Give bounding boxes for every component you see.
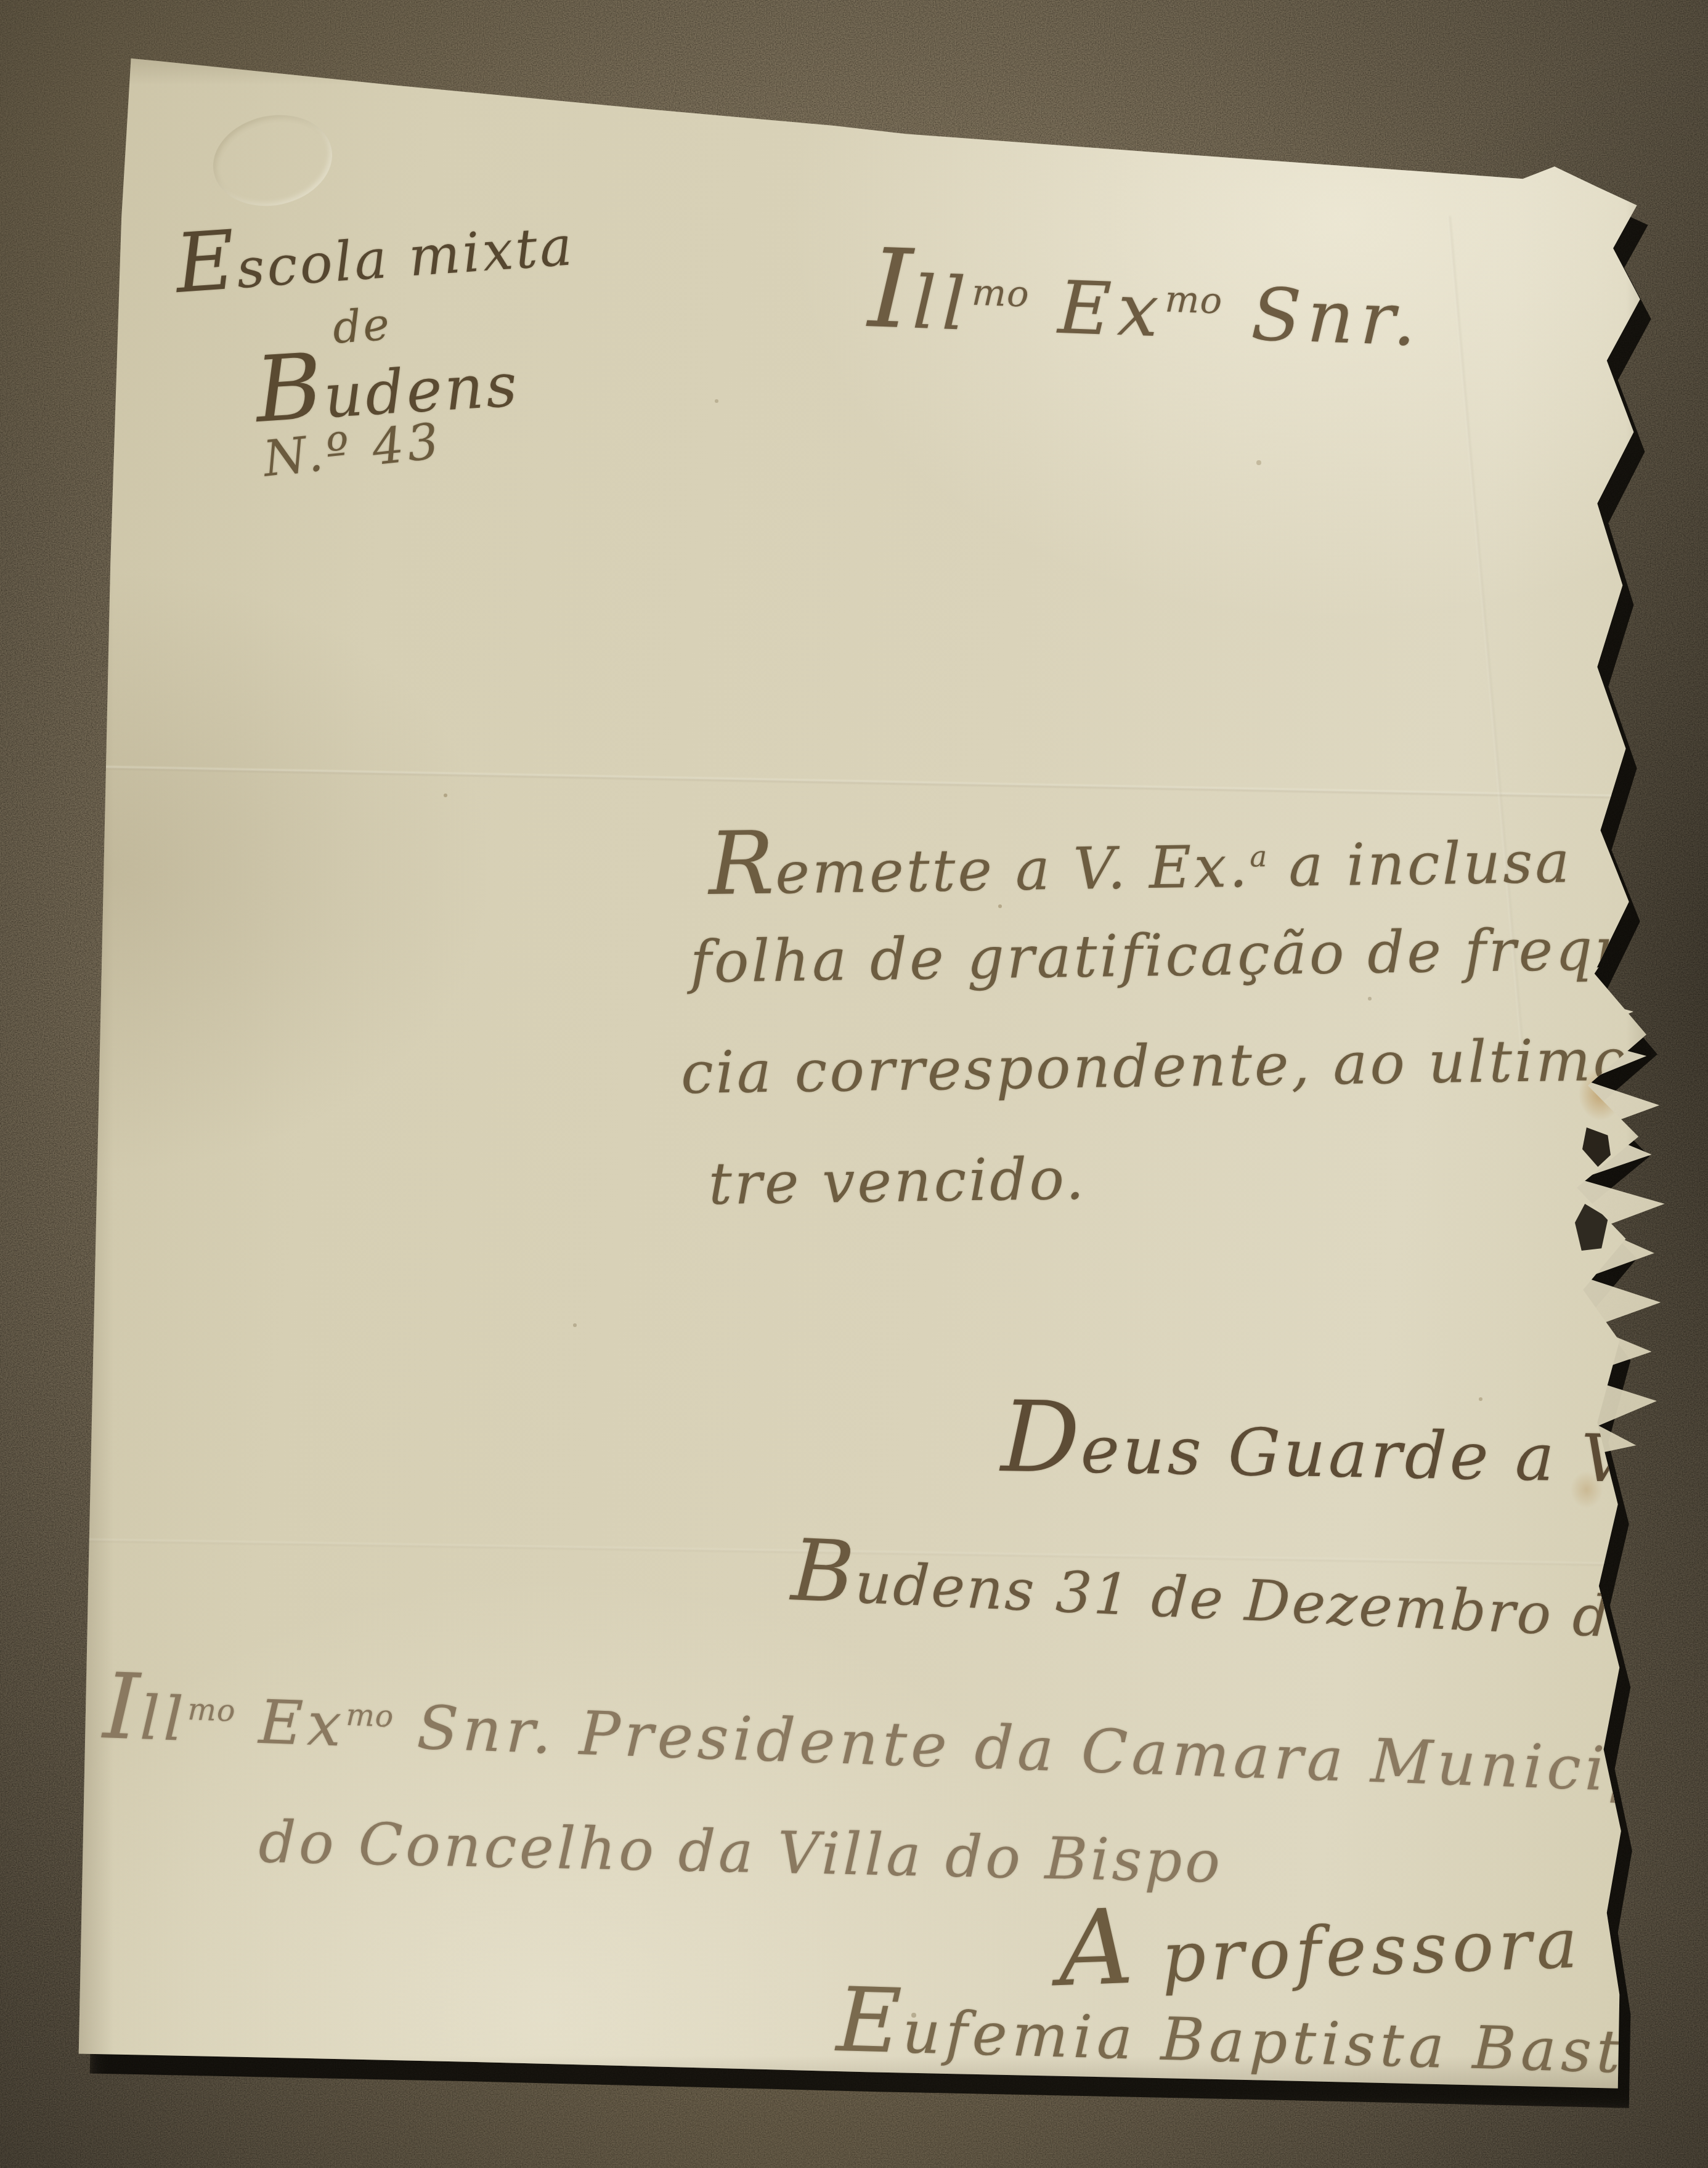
salutation-line: Illmo Exmo Snr. bbox=[867, 234, 1425, 362]
photographed-document: Escola mixta de Budens N.º 43 Illmo Exmo… bbox=[0, 0, 1708, 2168]
body-text: a inclusa bbox=[1267, 829, 1572, 900]
letter-paper: Escola mixta de Budens N.º 43 Illmo Exmo… bbox=[74, 54, 1657, 2097]
recipient-abbrev: Ex bbox=[234, 1687, 347, 1761]
body-line-2: folha de gratificação de frequen bbox=[689, 920, 1708, 992]
body-text: Remette a V. Ex. bbox=[708, 834, 1250, 908]
salutation-abbrev: Ill bbox=[867, 258, 973, 347]
body-superscript: a bbox=[1250, 840, 1268, 874]
salutation-superscript: mo bbox=[971, 271, 1030, 315]
body-line-3: cia correspondente, ao ultimo trim bbox=[680, 1029, 1708, 1103]
signature-role: A professora bbox=[1057, 1879, 1584, 2001]
salutation-superscript: mo bbox=[1165, 277, 1224, 322]
paper-specks bbox=[444, 794, 447, 797]
body-line-1: Remette a V. Ex.a a inclusa bbox=[708, 809, 1572, 908]
closing-formula: Deus Guarde a V. Ex. bbox=[1001, 1388, 1708, 1500]
recipient-superscript: mo bbox=[187, 1692, 237, 1729]
body-line-4: tre vencido. bbox=[708, 1150, 1086, 1214]
recipient-abbrev: Ill bbox=[102, 1682, 189, 1755]
salutation-abbrev: Snr. bbox=[1221, 270, 1424, 362]
recipient-superscript: mo bbox=[345, 1697, 394, 1734]
salutation-abbrev: Ex bbox=[1028, 264, 1166, 354]
